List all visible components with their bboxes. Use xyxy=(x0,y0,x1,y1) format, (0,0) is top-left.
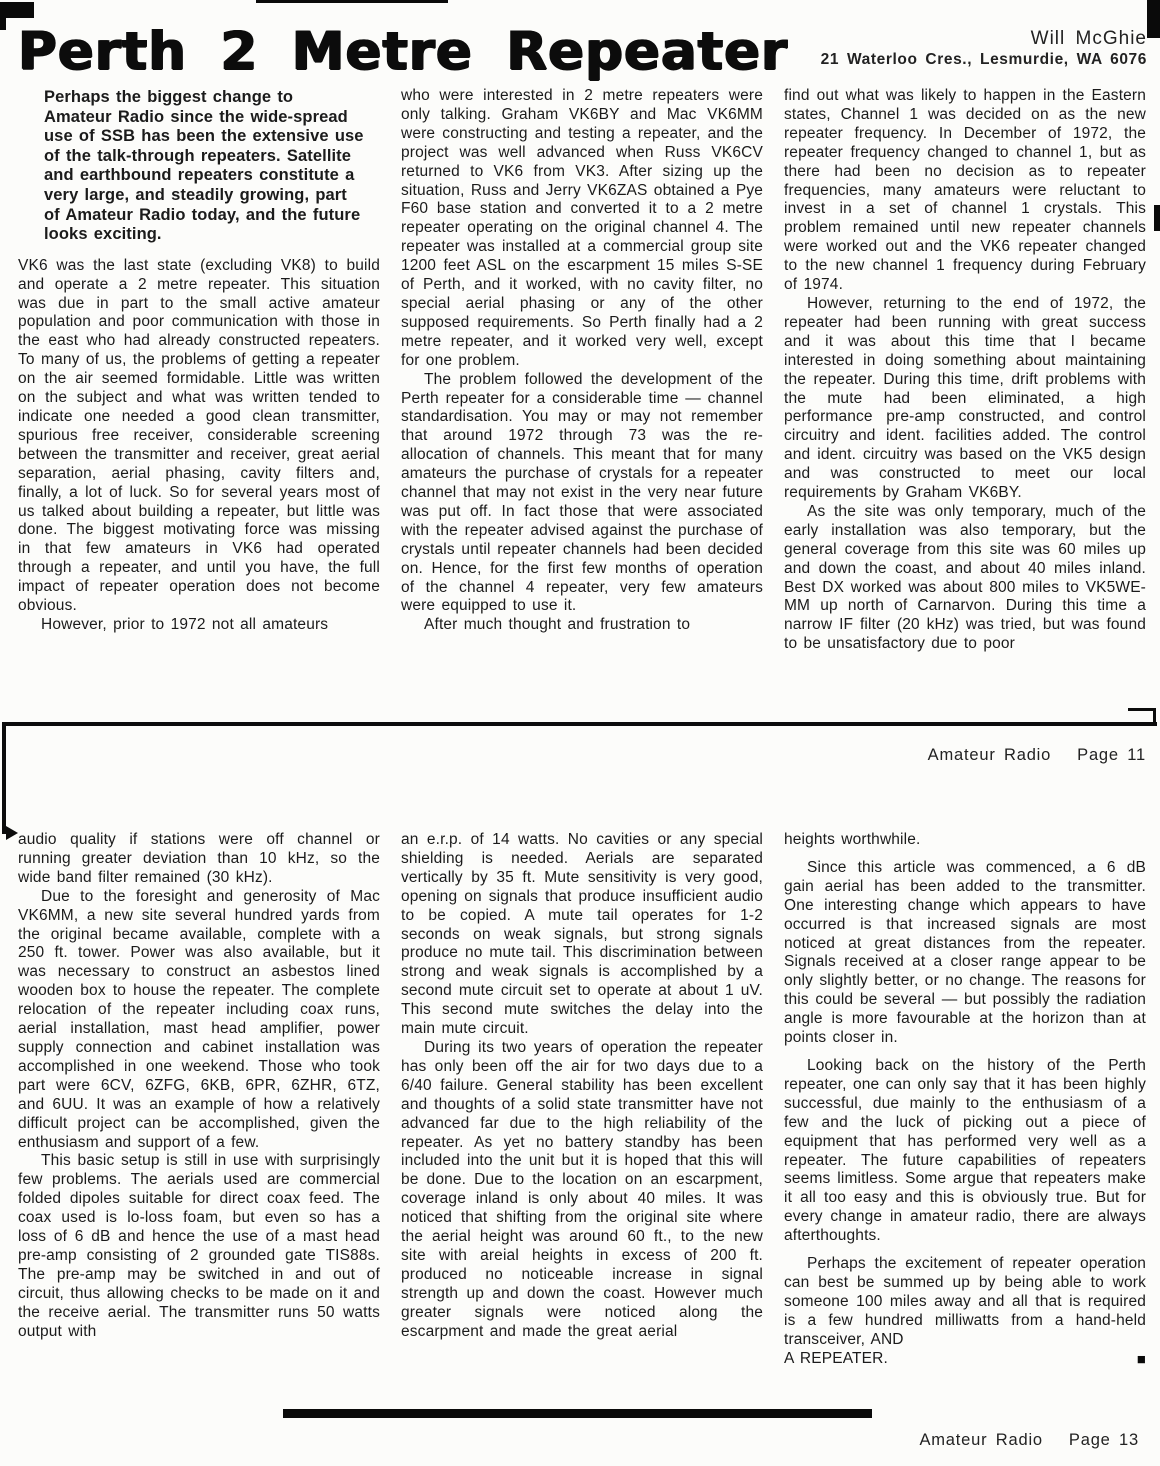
scan-artifact-top-strip xyxy=(256,0,448,3)
scan-artifact-right-tick xyxy=(1154,205,1160,231)
paragraph: heights worthwhile. xyxy=(784,831,1146,850)
page11-column-2: who were interested in 2 metre repeaters… xyxy=(401,87,763,719)
paragraph: As the site was only temporary, much of … xyxy=(784,503,1146,654)
continuation-line-horizontal xyxy=(2,722,1157,726)
journal-name: Amateur Radio xyxy=(928,746,1051,764)
bottom-rule xyxy=(283,1409,872,1418)
author-name: Will McGhie xyxy=(821,28,1147,50)
paragraph: The problem followed the development of … xyxy=(401,371,763,617)
page11-column-1: Perhaps the biggest change to Amateur Ra… xyxy=(18,87,380,719)
article-end-line: A REPEATER. ■ xyxy=(784,1350,1146,1369)
article-title: Perth 2 Metre Repeater xyxy=(18,24,788,80)
page13-column-2: an e.r.p. of 14 watts. No cavities or an… xyxy=(401,831,763,1411)
author-address: 21 Waterloo Cres., Lesmurdie, WA 6076 xyxy=(821,50,1147,69)
journal-name: Amateur Radio xyxy=(919,1431,1042,1449)
page-number: Page 13 xyxy=(1069,1431,1139,1449)
paragraph: Perhaps the excitement of repeater opera… xyxy=(784,1255,1146,1350)
paragraph: VK6 was the last state (excluding VK8) t… xyxy=(18,257,380,616)
page11-footer: Amateur RadioPage 11 xyxy=(928,746,1146,765)
continuation-line-hook xyxy=(1128,708,1156,711)
paragraph: After much thought and frustration to xyxy=(401,616,763,635)
paragraph: During its two years of operation the re… xyxy=(401,1039,763,1342)
page13-column-1: audio quality if stations were off chann… xyxy=(18,831,380,1411)
paragraph: audio quality if stations were off chann… xyxy=(18,831,380,888)
paragraph: an e.r.p. of 14 watts. No cavities or an… xyxy=(401,831,763,1039)
lede-paragraph: Perhaps the biggest change to Amateur Ra… xyxy=(44,88,366,245)
scan-artifact-top-left-edge xyxy=(0,2,6,30)
paragraph: Looking back on the history of the Perth… xyxy=(784,1057,1146,1246)
paragraph: However, returning to the end of 1972, t… xyxy=(784,295,1146,503)
page13-column-3: heights worthwhile. Since this article w… xyxy=(784,831,1146,1411)
paragraph: Since this article was commenced, a 6 dB… xyxy=(784,859,1146,1048)
magazine-page: Perth 2 Metre Repeater Will McGhie 21 Wa… xyxy=(0,0,1160,1466)
end-of-article-square-icon: ■ xyxy=(1137,1352,1146,1367)
page-number: Page 11 xyxy=(1077,746,1146,764)
paragraph: However, prior to 1972 not all amateurs xyxy=(18,616,380,635)
scan-artifact-top-right xyxy=(1147,0,1160,38)
paragraph: who were interested in 2 metre repeaters… xyxy=(401,87,763,371)
byline: Will McGhie 21 Waterloo Cres., Lesmurdie… xyxy=(821,28,1147,69)
page13-columns: audio quality if stations were off chann… xyxy=(18,831,1146,1411)
continuation-arrow-icon xyxy=(6,826,18,840)
page11-column-3: find out what was likely to happen in th… xyxy=(784,87,1146,719)
page11-columns: Perhaps the biggest change to Amateur Ra… xyxy=(18,87,1146,719)
page13-footer: Amateur RadioPage 13 xyxy=(919,1431,1139,1450)
paragraph: Due to the foresight and generosity of M… xyxy=(18,888,380,1153)
paragraph: find out what was likely to happen in th… xyxy=(784,87,1146,295)
continuation-line-vertical xyxy=(2,722,6,834)
paragraph: This basic setup is still in use with su… xyxy=(18,1152,380,1341)
end-line-text: A REPEATER. xyxy=(784,1350,888,1369)
